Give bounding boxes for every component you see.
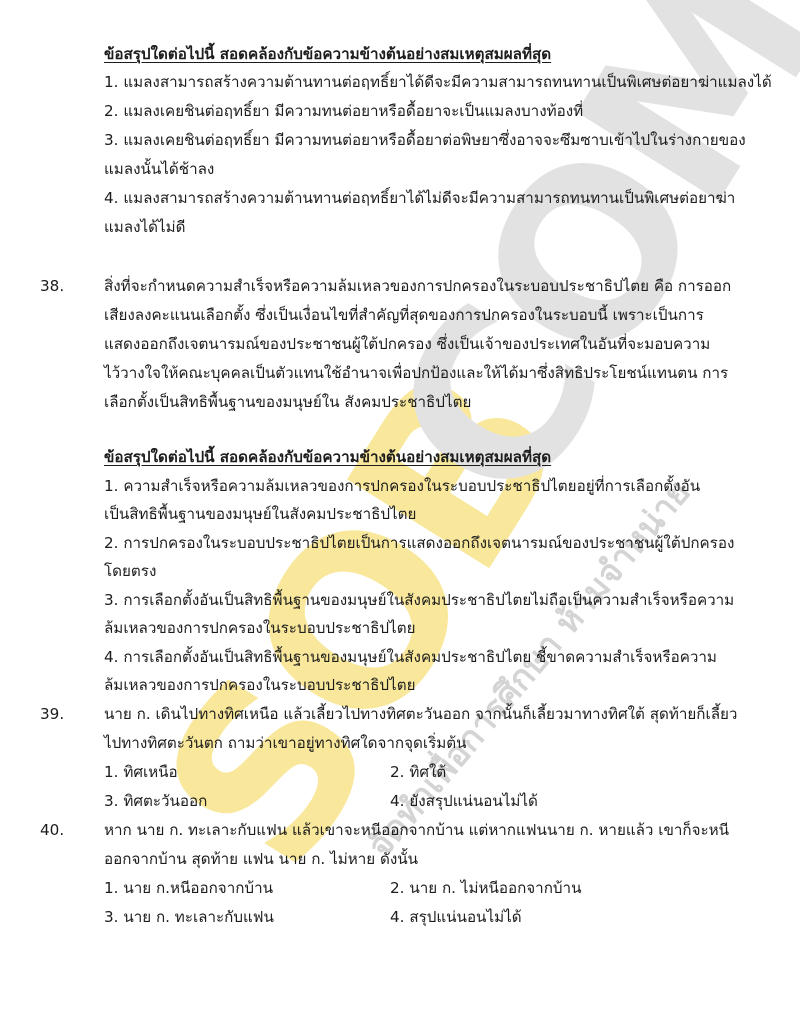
q39-option-4: 4. ยังสรุปแน่นอนไม่ได้ <box>390 787 538 816</box>
q38-option-1-cont: เป็นสิทธิพื้นฐานของมนุษย์ในสังคมประชาธิป… <box>104 500 416 529</box>
q40-option-1: 1. นาย ก.หนีออกจากบ้าน <box>104 874 273 903</box>
q40-passage-line-1: หาก นาย ก. ทะเลาะกับแฟน แล้วเขาจะหนีออกจ… <box>104 816 729 845</box>
question-40-number: 40. <box>40 816 64 845</box>
q38-passage-line-4: ไว้วางใจให้คณะบุคคลเป็นตัวแทนใช้อำนาจเพื… <box>104 359 728 388</box>
q40-option-2: 2. นาย ก. ไม่หนีออกจากบ้าน <box>390 874 581 903</box>
question-38-conclusion-heading: ข้อสรุปใดต่อไปนี้ สอดคล้องกับข้อความข้าง… <box>104 443 551 472</box>
q40-passage-line-2: ออกจากบ้าน สุดท้าย แฟน นาย ก. ไม่หาย ดัง… <box>104 845 418 874</box>
q40-option-4: 4. สรุปแน่นอนไม่ได้ <box>390 903 522 932</box>
q39-passage-line-1: นาย ก. เดินไปทางทิศเหนือ แล้วเลี้ยวไปทาง… <box>104 700 737 729</box>
q38-passage-line-5: เลือกตั้งเป็นสิทธิพื้นฐานของมนุษย์ใน สัง… <box>104 388 471 417</box>
q38-option-2-cont: โดยตรง <box>104 557 156 586</box>
q37-option-3-cont: แมลงนั้นได้ช้าลง <box>104 155 214 184</box>
q39-option-2: 2. ทิศใต้ <box>390 758 446 787</box>
q39-passage-line-2: ไปทางทิศตะวันตก ถามว่าเขาอยู่ทางทิศใดจาก… <box>104 729 467 758</box>
q37-option-2: 2. แมลงเคยชินต่อฤทธิ์ยา มีความทนต่อยาหรื… <box>104 97 583 126</box>
q38-option-3: 3. การเลือกตั้งอันเป็นสิทธิพื้นฐานของมนุ… <box>104 586 734 615</box>
q37-option-4: 4. แมลงสามารถสร้างความต้านทานต่อฤทธิ์ยาไ… <box>104 184 735 213</box>
q38-option-1: 1. ความสำเร็จหรือความล้มเหลวของการปกครอง… <box>104 472 700 501</box>
question-37-conclusion-heading: ข้อสรุปใดต่อไปนี้ สอดคล้องกับข้อความข้าง… <box>104 40 551 69</box>
q37-option-3: 3. แมลงเคยชินต่อฤทธิ์ยา มีความทนต่อยาหรื… <box>104 126 746 155</box>
question-38-number: 38. <box>40 272 64 301</box>
q40-option-3: 3. นาย ก. ทะเลาะกับแฟน <box>104 903 274 932</box>
q38-option-4-cont: ล้มเหลวของการปกครองในระบอบประชาธิปไตย <box>104 671 415 700</box>
q38-passage-line-1: สิ่งที่จะกำหนดความสำเร็จหรือความล้มเหลวข… <box>104 272 731 301</box>
exam-page: SOB COM จัดทำเพื่อการศึกษา ห้ามจำหน่าย ข… <box>0 0 800 1034</box>
q37-option-4-cont: แมลงได้ไม่ดี <box>104 213 186 242</box>
q39-option-3: 3. ทิศตะวันออก <box>104 787 207 816</box>
q37-option-1: 1. แมลงสามารถสร้างความต้านทานต่อฤทธิ์ยาไ… <box>104 68 772 97</box>
q38-passage-line-3: แสดงออกถึงเจตนารมณ์ของประชาชนผู้ใต้ปกครอ… <box>104 330 710 359</box>
question-39-number: 39. <box>40 700 64 729</box>
q38-option-3-cont: ล้มเหลวของการปกครองในระบอบประชาธิปไตย <box>104 614 415 643</box>
q38-passage-line-2: เสียงลงคะแนนเลือกตั้ง ซึ่งเป็นเงื่อนไขที… <box>104 301 704 330</box>
q38-option-4: 4. การเลือกตั้งอันเป็นสิทธิพื้นฐานของมนุ… <box>104 643 717 672</box>
q38-option-2: 2. การปกครองในระบอบประชาธิปไตยเป็นการแสด… <box>104 529 734 558</box>
q39-option-1: 1. ทิศเหนือ <box>104 758 178 787</box>
